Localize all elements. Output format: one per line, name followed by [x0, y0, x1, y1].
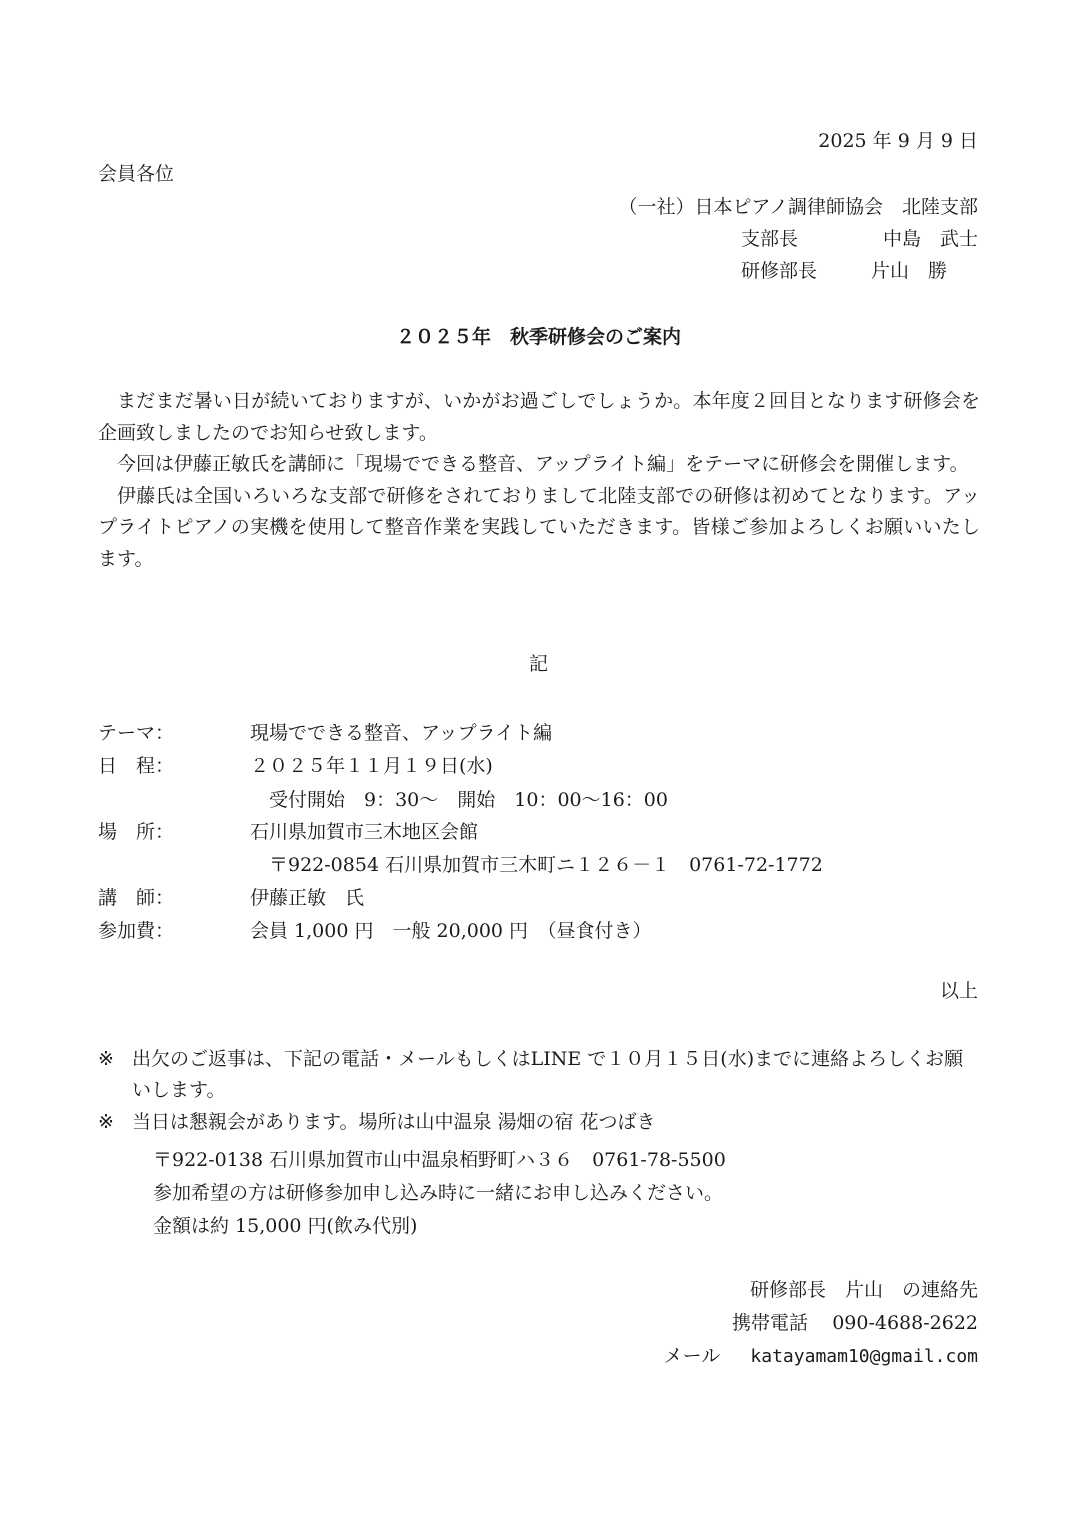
detail-value: 伊藤正敏 氏	[250, 883, 364, 910]
detail-value: 〒922-0854 石川県加賀市三木町ニ１２６－１ 0761-72-1772	[250, 850, 823, 877]
phone-label: 携帯電話	[732, 1312, 808, 1334]
body-paragraph-2: 今回は伊藤正敏氏を講師に「現場でできる整音、アップライト編」をテーマに研修会を開…	[98, 449, 980, 481]
sender-organization: （一社）日本ピアノ調律師協会 北陸支部	[619, 198, 978, 217]
note-party: ※ 当日は懇親会があります。場所は山中温泉 湯畑の宿 花つばき	[98, 1107, 980, 1138]
sender-name-2: 片山 勝	[871, 262, 947, 281]
contact-phone-line: 携帯電話 090-4688-2622	[732, 1308, 978, 1335]
note-rsvp: ※ 出欠のご返事は、下記の電話・メールもしくはLINE で１０月１５日(水)まで…	[98, 1044, 980, 1106]
body-paragraph-1: まだまだ暑い日が続いておりますが、いかがお過ごしでしょうか。本年度２回目となりま…	[98, 386, 980, 449]
contact-heading: 研修部長 片山 の連絡先	[750, 1275, 978, 1302]
body-paragraph-3: 伊藤氏は全国いろいろな支部で研修をされておりまして北陸支部での研修は初めてとなり…	[98, 481, 980, 576]
document-date: 2025 年 9 月 9 日	[818, 132, 978, 151]
detail-label: 参加費：	[98, 916, 248, 943]
detail-value: 会員 1,000 円 一般 20,000 円 （昼食付き）	[250, 916, 652, 943]
note-text: 出欠のご返事は、下記の電話・メールもしくはLINE で１０月１５日(水)までに連…	[132, 1044, 980, 1106]
phone-number: 090-4688-2622	[832, 1312, 978, 1334]
reference-mark: ※	[98, 1044, 114, 1075]
body-text: まだまだ暑い日が続いておりますが、いかがお過ごしでしょうか。本年度２回目となりま…	[98, 386, 980, 575]
recipient: 会員各位	[98, 165, 174, 184]
email-label: メール	[664, 1345, 721, 1367]
email-address: katayamam10@gmail.com	[750, 1346, 978, 1367]
party-signup: 参加希望の方は研修参加申し込み時に一緒にお申し込みください。	[153, 1178, 723, 1205]
sender-name-1: 中島 武士	[883, 230, 978, 249]
detail-label: テーマ：	[98, 718, 248, 745]
detail-value: 受付開始 9：30～ 開始 10：00～16：00	[250, 785, 668, 812]
document-title: ２０２５年 秋季研修会のご案内	[0, 328, 1077, 347]
note-text: 当日は懇親会があります。場所は山中温泉 湯畑の宿 花つばき	[132, 1107, 980, 1138]
party-address: 〒922-0138 石川県加賀市山中温泉栢野町ハ３６ 0761-78-5500	[153, 1145, 726, 1172]
detail-value: ２０２５年１１月１９日(水)	[250, 751, 493, 778]
party-fee: 金額は約 15,000 円(飲み代別)	[153, 1211, 417, 1238]
sender-role-2: 研修部長	[741, 262, 817, 281]
contact-email-line: メール katayamam10@gmail.com	[664, 1341, 978, 1368]
detail-label: 講 師：	[98, 883, 248, 910]
detail-label: 日 程：	[98, 751, 248, 778]
detail-value: 石川県加賀市三木地区会館	[250, 817, 478, 844]
detail-label: 場 所：	[98, 817, 248, 844]
detail-value: 現場でできる整音、アップライト編	[250, 718, 552, 745]
reference-mark: ※	[98, 1107, 114, 1138]
sender-role-1: 支部長	[741, 230, 798, 249]
ki-heading: 記	[0, 655, 1077, 674]
ijou-closing: 以上	[940, 982, 978, 1001]
